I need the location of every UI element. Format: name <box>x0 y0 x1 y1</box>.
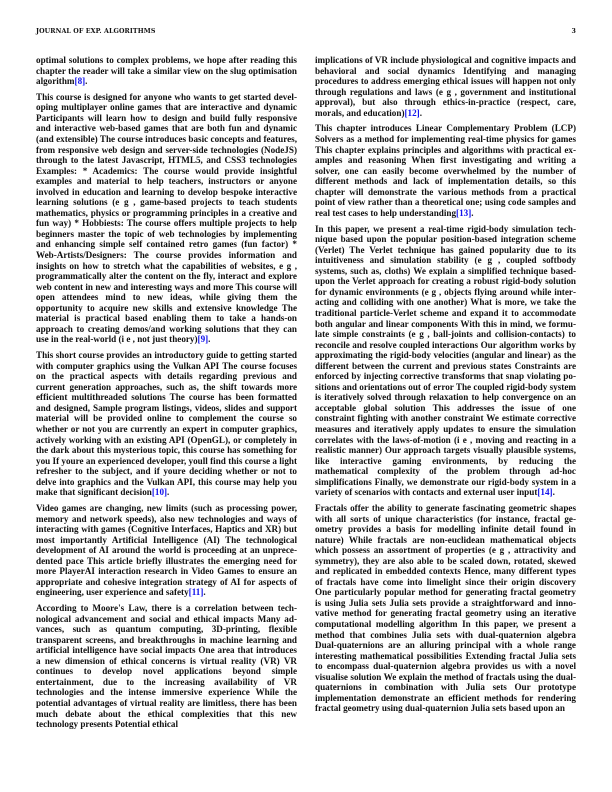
citation-link[interactable]: [11] <box>189 587 204 597</box>
paragraph-tail: . <box>208 334 210 344</box>
paragraph-tail: . <box>471 208 473 218</box>
paragraph-tail: . <box>85 76 87 86</box>
paragraph-tail: . <box>167 487 169 497</box>
paragraph-text: Video games are changing, new limits (su… <box>36 503 297 597</box>
right-column: implications of VR include physiological… <box>315 55 576 719</box>
page-number: 3 <box>572 28 576 35</box>
paragraph: This short course provides an introducto… <box>36 350 297 498</box>
paragraph-text: This course is designed for anyone who w… <box>36 92 297 345</box>
left-column: optimal solutions to complex problems, w… <box>36 55 297 735</box>
paragraph: optimal solutions to complex problems, w… <box>36 55 297 87</box>
paragraph-text: In this paper, we present a real-time ri… <box>315 224 576 498</box>
paragraph: According to Moore's Law, there is a cor… <box>36 603 297 730</box>
paragraph-text: implications of VR include physiological… <box>315 55 576 118</box>
paragraph-tail: . <box>553 487 555 497</box>
citation-link[interactable]: [8] <box>75 76 86 86</box>
paragraph-tail: . <box>420 108 422 118</box>
paragraph: implications of VR include physiological… <box>315 55 576 118</box>
journal-title: JOURNAL OF EXP. ALGORITHMS <box>36 28 155 35</box>
paragraph-text: This short course provides an introducto… <box>36 350 297 497</box>
paragraph: In this paper, we present a real-time ri… <box>315 224 576 498</box>
running-header: JOURNAL OF EXP. ALGORITHMS 3 <box>36 28 576 40</box>
paragraph-text: This chapter introduces Linear Complemen… <box>315 123 576 217</box>
paragraph-tail: . <box>203 587 205 597</box>
citation-link[interactable]: [12] <box>404 108 419 118</box>
citation-link[interactable]: [13] <box>456 208 471 218</box>
citation-link[interactable]: [9] <box>198 334 209 344</box>
citation-link[interactable]: [14] <box>537 487 552 497</box>
paragraph: Video games are changing, new limits (su… <box>36 503 297 598</box>
paragraph: This course is designed for anyone who w… <box>36 92 297 345</box>
paragraph-text: According to Moore's Law, there is a cor… <box>36 603 297 729</box>
paragraph: This chapter introduces Linear Complemen… <box>315 123 576 218</box>
paragraph-text: Fractals offer the ability to generate f… <box>315 503 576 713</box>
paragraph: Fractals offer the ability to generate f… <box>315 503 576 714</box>
citation-link[interactable]: [10] <box>152 487 167 497</box>
